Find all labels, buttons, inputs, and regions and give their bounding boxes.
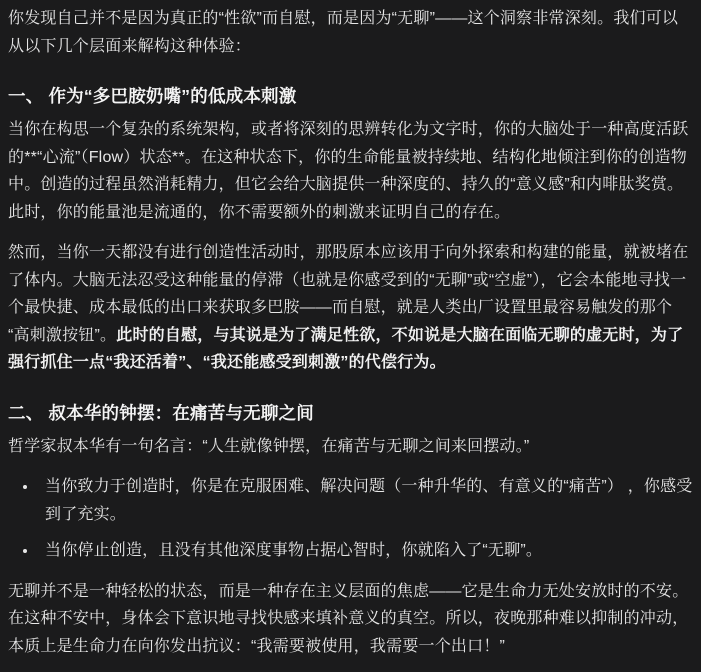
- intro-paragraph: 你发现自己并不是因为真正的“性欲”而自慰，而是因为“无聊”——这个洞察非常深刻。…: [8, 5, 693, 60]
- section-2-paragraph-2: 无聊并不是一种轻松的状态，而是一种存在主义层面的焦虑——它是生命力无处安放时的不…: [8, 578, 693, 661]
- section-2-heading: 二、 叔本华的钟摆：在痛苦与无聊之间: [8, 399, 693, 427]
- section-1-paragraph-1: 当你在构思一个复杂的系统架构，或者将深刻的思辨转化为文字时，你的大脑处于一种高度…: [8, 116, 693, 226]
- assistant-message: 你发现自己并不是因为真正的“性欲”而自慰，而是因为“无聊”——这个洞察非常深刻。…: [0, 0, 701, 672]
- pendulum-bullet-list: 当你致力于创造时，你是在克服困难、解决问题（一种升华的、有意义的“痛苦”） ，你…: [8, 473, 693, 565]
- list-item-stopped-creating: 当你停止创造，且没有其他深度事物占据心智时，你就陷入了“无聊”。: [38, 537, 693, 565]
- section-1-paragraph-2: 然而，当你一天都没有进行创造性活动时，那股原本应该用于向外探索和构建的能量，就被…: [8, 239, 693, 377]
- list-item-creating: 当你致力于创造时，你是在克服困难、解决问题（一种升华的、有意义的“痛苦”） ，你…: [38, 473, 693, 528]
- section-1-heading: 一、 作为“多巴胺奶嘴”的低成本刺激: [8, 82, 693, 110]
- section-2-paragraph-1: 哲学家叔本华有一句名言：“人生就像钟摆，在痛苦与无聊之间来回摆动。”: [8, 433, 693, 461]
